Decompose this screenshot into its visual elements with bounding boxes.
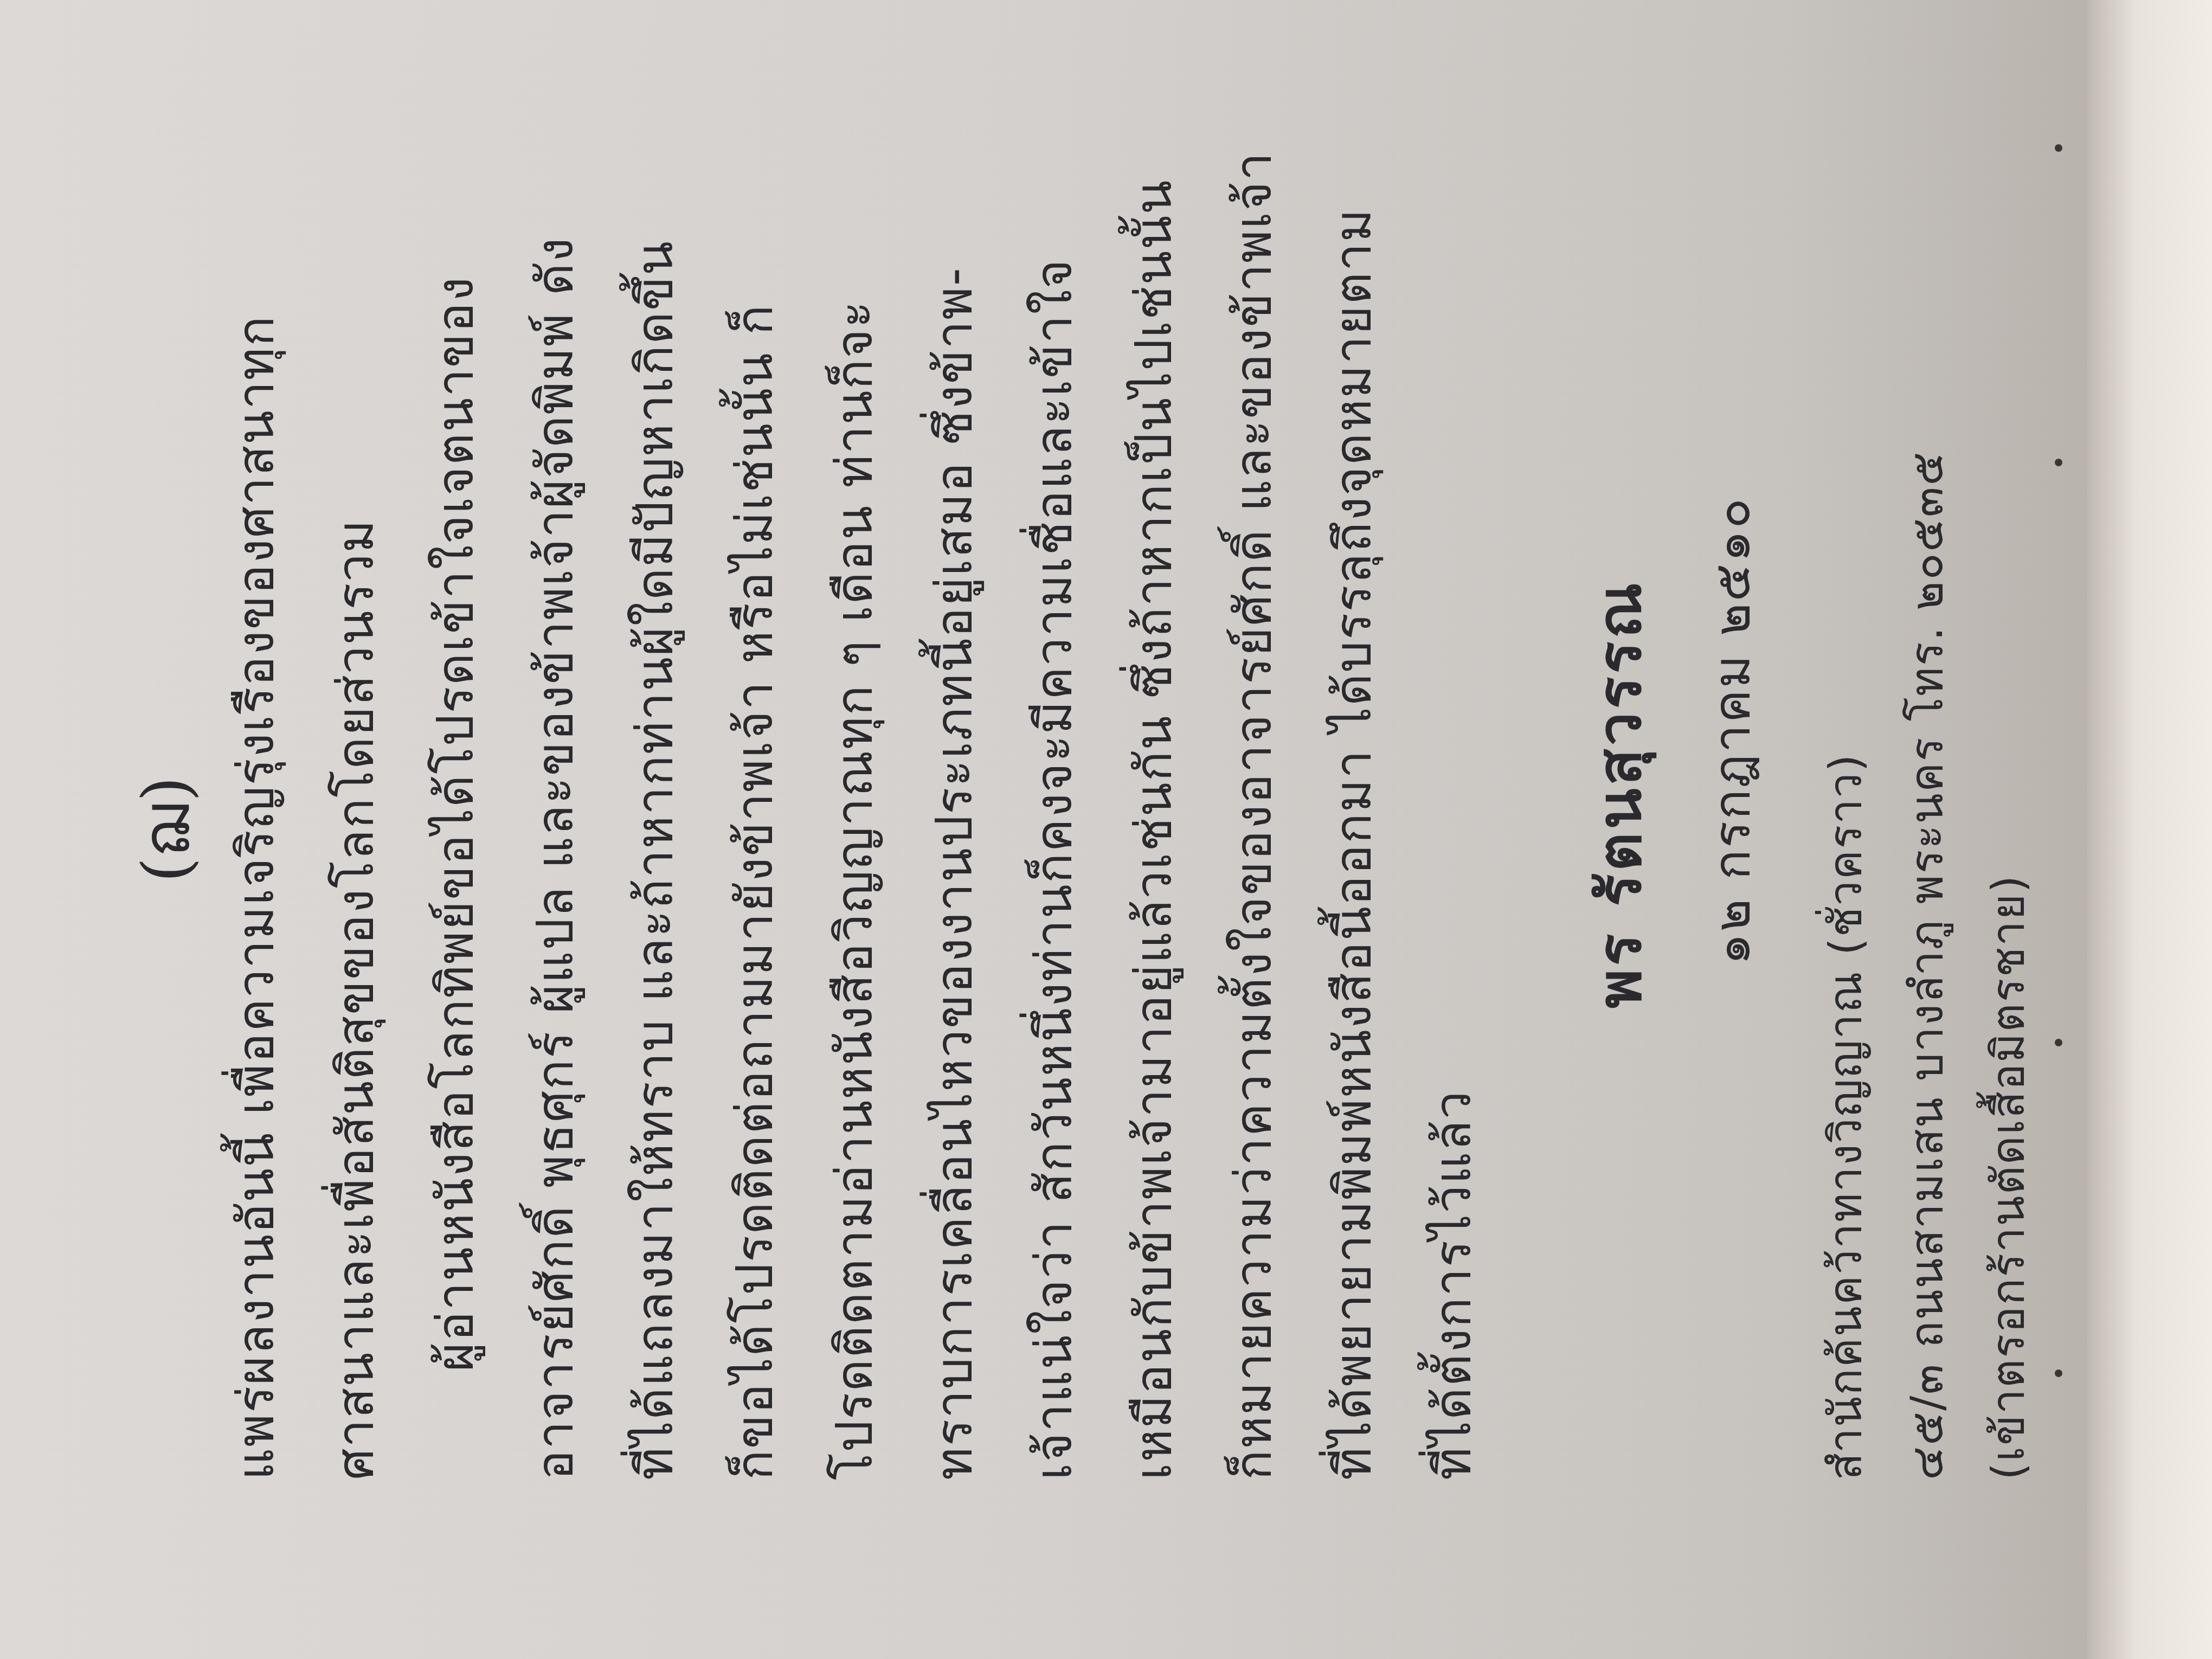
footer-line: (เข้าตรอกร้านตัดเสื้อมิตรชาย)	[1968, 16, 2049, 1480]
body-text: แพร่ผลงานอันนี้ เพื่อความเจริญรุ่งเรืองข…	[206, 16, 1503, 1480]
page-number: (ฌ)	[114, 0, 217, 1659]
text-line: ก็ขอได้โปรดติดต่อถามมายังข้าพเจ้า หรือไม…	[705, 16, 805, 1480]
binding-dot	[2055, 1369, 2062, 1377]
binding-dot	[2055, 459, 2062, 466]
binding-dots	[2055, 0, 2060, 1659]
text-line: ที่ได้ตั้งการไว้แล้ว	[1403, 16, 1503, 1480]
page-content: (ฌ) แพร่ผลงานอันนี้ เพื่อความเจริญรุ่งเร…	[0, 0, 2093, 1659]
binding-dot	[2055, 144, 2062, 152]
text-line: ทราบการเคลื่อนไหวของงานประเภทนี้อยู่เสมอ…	[904, 16, 1004, 1480]
text-line: แพร่ผลงานอันนี้ เพื่อความเจริญรุ่งเรืองข…	[206, 16, 306, 1480]
text-line: ศาสนาและเพื่อสันติสุขของโลกโดยส่วนรวม	[306, 16, 406, 1480]
book-edge	[2087, 0, 2212, 1659]
text-line: อาจารย์ศักดิ์ พุธศุกร์ ผู้แปล และของข้าพ…	[505, 16, 605, 1480]
text-line: ก็หมายความว่าความตั้งใจของอาจารย์ศักดิ์ …	[1204, 16, 1303, 1480]
text-line: เจ้าแน่ใจว่า สักวันหนึ่งท่านก็คงจะมีความ…	[1004, 16, 1104, 1480]
text-line: ที่ได้แถลงมาให้ทราบ และถ้าหากท่านผู้ใดมี…	[605, 16, 705, 1480]
text-line: เหมือนกับข้าพเจ้ามาอยู่แล้วเช่นกัน ซึ่งถ…	[1104, 16, 1204, 1480]
text-line: ผู้อ่านหนังสือโลกทิพย์ขอได้โปรดเข้าใจเจต…	[406, 16, 505, 1480]
publisher-address: สำนักค้นคว้าทางวิญญาณ (ชั่วคราว) ๔๕/๓ ถน…	[1805, 16, 2049, 1480]
footer-line: สำนักค้นคว้าทางวิญญาณ (ชั่วคราว)	[1805, 16, 1887, 1480]
signature-name: พร รัตนสุวรรณ	[1572, 580, 1667, 1008]
binding-dot	[2055, 1039, 2062, 1046]
text-line: โปรดติดตามอ่านหนังสือวิญญาณทุก ๆ เดือน ท…	[805, 16, 904, 1480]
text-line: ที่ได้พยายามพิมพ์หนังสือนี้ออกมา ได้บรรล…	[1303, 16, 1403, 1480]
signature-date: ๑๒ กรกฎาคม ๒๕๑๐	[1692, 497, 1771, 965]
footer-line: ๔๕/๓ ถนนสามเสน บางลำภู พระนคร โทร. ๒๐๕๓๕	[1887, 16, 1968, 1480]
